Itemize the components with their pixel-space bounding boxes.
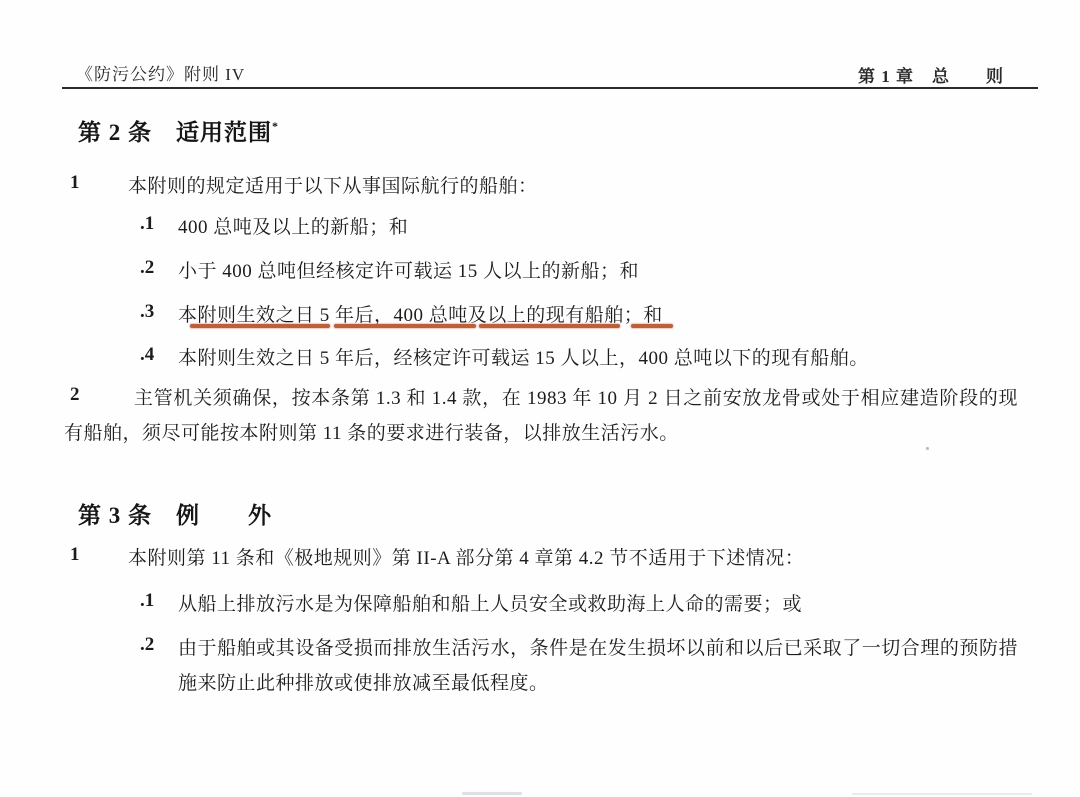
article2-item1-number: .1 <box>140 213 154 235</box>
header-right-chapter: 第 1 章 总 则 <box>858 62 1004 87</box>
annotation-underline-segment-4 <box>631 324 673 328</box>
article2-item4-number: .4 <box>140 344 154 366</box>
article3-item1-number: .1 <box>140 590 154 612</box>
article3-item1-text: 从船上排放污水是为保障船舶和船上人员安全或救助海上人命的需要；或 <box>178 589 802 616</box>
article2-para1-number: 1 <box>70 172 80 194</box>
article2-item4-text: 本附则生效之日 5 年后，经核定许可载运 15 人以上，400 总吨以下的现有船… <box>178 343 869 370</box>
scan-artifact-bottom-edge <box>852 793 1032 795</box>
article3-item2-number: .2 <box>140 634 154 656</box>
article3-item2-text: 由于船舶或其设备受损而排放生活污水，条件是在发生损坏以前和以后已采取了一切合理的… <box>178 631 1018 701</box>
article2-para2-text: 主管机关须确保，按本条第 1.3 和 1.4 款，在 1983 年 10 月 2… <box>64 381 1018 451</box>
article2-item1-text: 400 总吨及以上的新船；和 <box>178 212 408 239</box>
header-rule <box>62 87 1038 89</box>
article2-title: 第 2 条适用范围* <box>78 114 279 147</box>
article2-item2-text: 小于 400 总吨但经核定许可载运 15 人以上的新船；和 <box>178 256 639 283</box>
article2-number: 第 2 条 <box>78 120 152 145</box>
scan-artifact-dot <box>926 447 929 450</box>
document-page: 《防污公约》附则 IV 第 1 章 总 则 第 2 条适用范围* 1 本附则的规… <box>0 0 1080 797</box>
article3-title-text: 例 外 <box>176 503 272 528</box>
header-left-title: 《防污公约》附则 IV <box>76 60 245 85</box>
article2-item2-number: .2 <box>140 257 154 279</box>
annotation-underline-segment-2 <box>334 324 476 328</box>
article2-title-text: 适用范围 <box>176 120 272 145</box>
article2-item3-number: .3 <box>140 301 154 323</box>
annotation-underline-segment-1 <box>190 324 330 328</box>
article3-para1-number: 1 <box>70 544 80 566</box>
article2-para1-text: 本附则的规定适用于以下从事国际航行的船舶： <box>128 171 538 198</box>
annotation-underline-segment-3 <box>479 324 620 328</box>
article3-para1-text: 本附则第 11 条和《极地规则》第 II-A 部分第 4 章第 4.2 节不适用… <box>128 543 804 570</box>
footnote-marker: * <box>272 119 279 133</box>
article3-number: 第 3 条 <box>78 503 152 528</box>
article3-title: 第 3 条例 外 <box>78 497 272 530</box>
article2-item3-text: 本附则生效之日 5 年后，400 总吨及以上的现有船舶；和 <box>178 300 663 327</box>
scan-artifact-bottom-smudge <box>462 792 522 795</box>
